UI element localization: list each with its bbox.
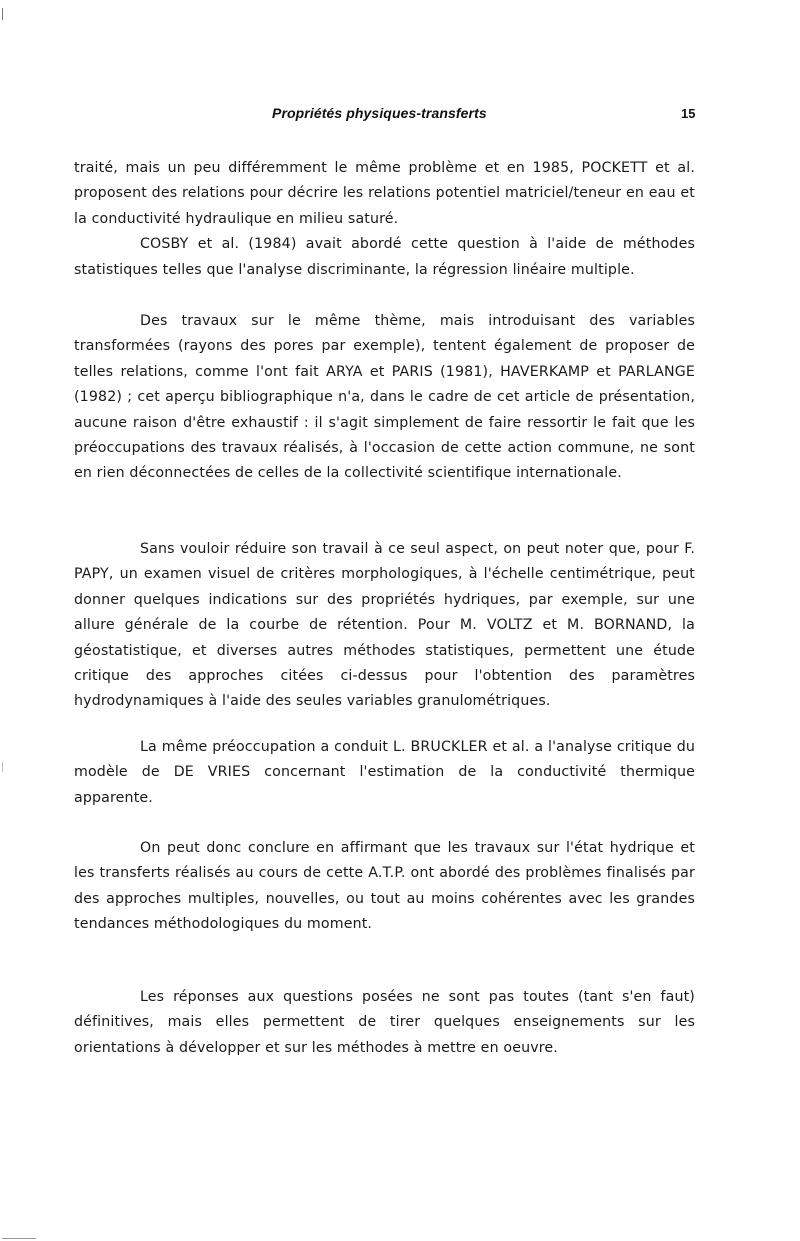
- text-block-5: On peut donc conclure en affirmant que l…: [74, 836, 695, 938]
- running-header-title: Propriétés physiques-transferts: [272, 105, 487, 121]
- paragraph: COSBY et al. (1984) avait abordé cette q…: [74, 232, 695, 283]
- text-block-4: La même préoccupation a conduit L. BRUCK…: [74, 735, 695, 811]
- scan-edge-rule: [2, 1238, 36, 1239]
- paragraph: traité, mais un peu différemment le même…: [74, 156, 695, 232]
- paragraph: Des travaux sur le même thème, mais intr…: [74, 309, 695, 487]
- scan-margin-mark: [2, 762, 3, 772]
- text-block-2: Des travaux sur le même thème, mais intr…: [74, 309, 695, 487]
- text-block-1: traité, mais un peu différemment le même…: [74, 156, 695, 283]
- text-block-3: Sans vouloir réduire son travail à ce se…: [74, 537, 695, 715]
- paragraph: Les réponses aux questions posées ne son…: [74, 985, 695, 1061]
- text-block-6: Les réponses aux questions posées ne son…: [74, 985, 695, 1061]
- scan-margin-mark: [2, 8, 3, 20]
- page-number: 15: [681, 106, 695, 121]
- document-page: Propriétés physiques-transferts 15 trait…: [0, 0, 800, 1241]
- paragraph: La même préoccupation a conduit L. BRUCK…: [74, 735, 695, 811]
- paragraph: On peut donc conclure en affirmant que l…: [74, 836, 695, 938]
- paragraph: Sans vouloir réduire son travail à ce se…: [74, 537, 695, 715]
